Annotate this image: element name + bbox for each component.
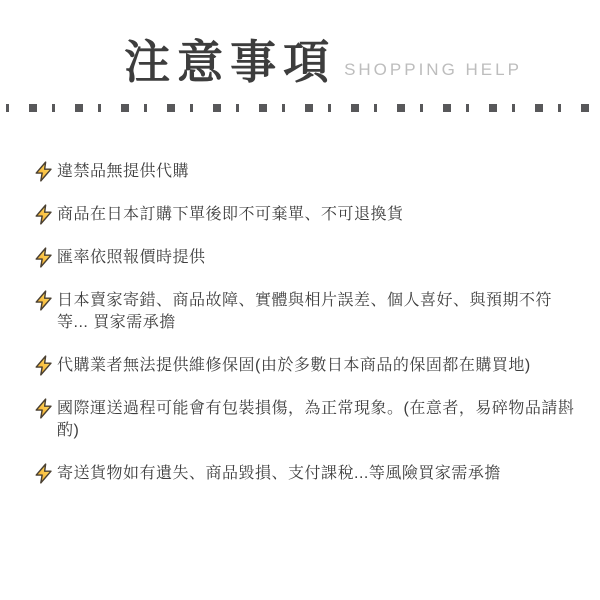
dashed-separator [6,104,594,112]
page-title: 注意事項 [124,36,336,89]
lightning-bolt-icon [32,397,55,420]
page-header: 注意事項 SHOPPING HELP [0,0,600,89]
notice-item: 代購業者無法提供維修保固(由於多數日本商品的保固都在購買地) [32,355,582,377]
notice-list: 違禁品無提供代購 商品在日本訂購下單後即不可棄單、不可退換貨 匯率依照報價時提供… [0,112,600,485]
shopping-help-notice-page: 注意事項 SHOPPING HELP 違禁品無提供代購 商品在日本訂購下單後即不… [0,0,600,600]
notice-text: 日本賣家寄錯、商品故障、實體與相片誤差、個人喜好、與預期不符等... 買家需承擔 [57,290,582,334]
notice-text: 代購業者無法提供維修保固(由於多數日本商品的保固都在購買地) [57,355,582,377]
notice-text: 寄送貨物如有遺失、商品毀損、支付課稅...等風險買家需承擔 [57,463,582,485]
notice-text: 違禁品無提供代購 [57,161,582,183]
notice-item: 國際運送過程可能會有包裝損傷，為正常現象。(在意者，易碎物品請斟酌) [32,398,582,442]
notice-item: 寄送貨物如有遺失、商品毀損、支付課稅...等風險買家需承擔 [32,463,582,485]
lightning-bolt-icon [32,203,55,226]
lightning-bolt-icon [32,462,55,485]
lightning-bolt-icon [32,289,55,312]
notice-item: 商品在日本訂購下單後即不可棄單、不可退換貨 [32,204,582,226]
lightning-bolt-icon [32,246,55,269]
lightning-bolt-icon [32,160,55,183]
lightning-bolt-icon [32,354,55,377]
notice-item: 匯率依照報價時提供 [32,247,582,269]
notice-item: 日本賣家寄錯、商品故障、實體與相片誤差、個人喜好、與預期不符等... 買家需承擔 [32,290,582,334]
page-subtitle: SHOPPING HELP [344,60,522,80]
notice-text: 匯率依照報價時提供 [57,247,582,269]
notice-text: 商品在日本訂購下單後即不可棄單、不可退換貨 [57,204,582,226]
notice-item: 違禁品無提供代購 [32,161,582,183]
notice-text: 國際運送過程可能會有包裝損傷，為正常現象。(在意者，易碎物品請斟酌) [57,398,582,442]
